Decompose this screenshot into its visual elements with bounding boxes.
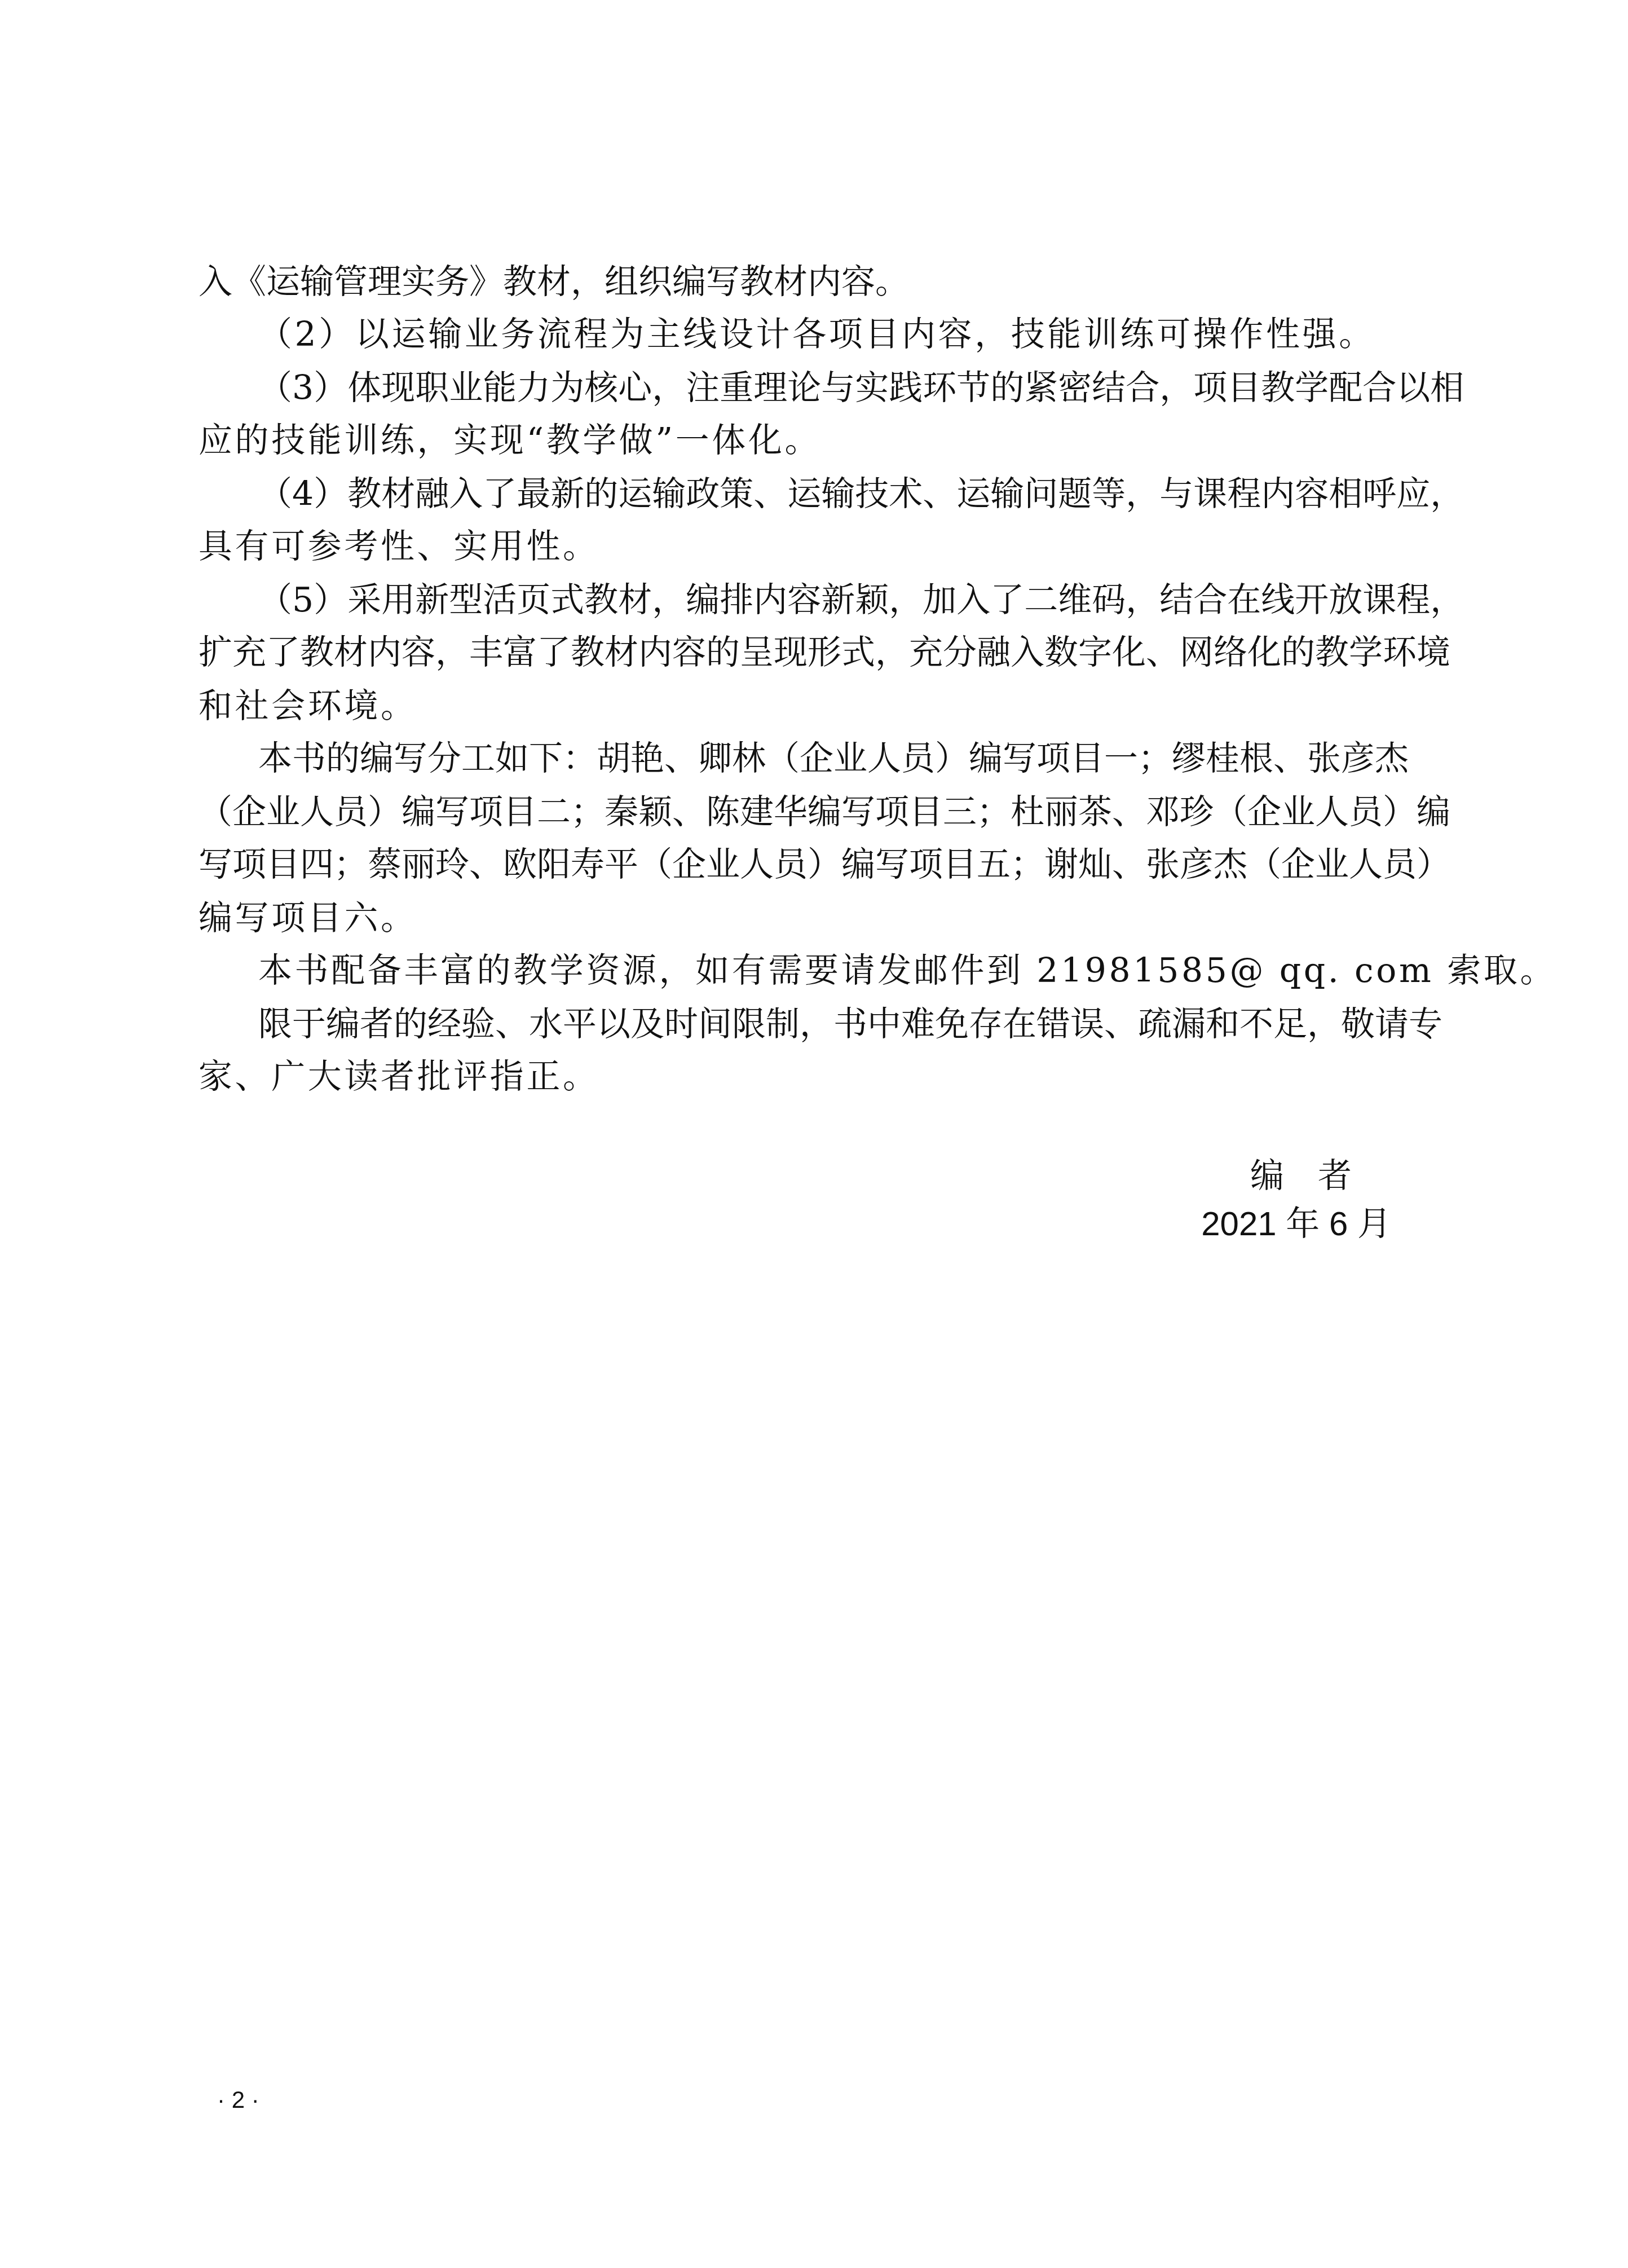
text-line: 本书的编写分工如下：胡艳、卿林（企业人员）编写项目一；缪桂根、张彦杰 — [258, 733, 1391, 784]
text-line: 本书配备丰富的教学资源，如有需要请发邮件到 21981585@ qq. com … — [258, 945, 1391, 996]
text-line: 写项目四；蔡丽玲、欧阳寿平（企业人员）编写项目五；谢灿、张彦杰（企业人员） — [198, 839, 1391, 890]
text-line: 和社会环境。 — [198, 681, 1391, 732]
text-line: （5）采用新型活页式教材，编排内容新颖，加入了二维码，结合在线开放课程， — [258, 575, 1391, 626]
text-line: （2）以运输业务流程为主线设计各项目内容，技能训练可操作性强。 — [258, 309, 1189, 360]
signature-date: 2021 年 6 月 — [1201, 1201, 1391, 1247]
text-line: 具有可参考性、实用性。 — [198, 521, 1391, 572]
text-line: （4）教材融入了最新的运输政策、运输技术、运输问题等，与课程内容相呼应， — [258, 469, 1391, 519]
page-number: · 2 · — [217, 2086, 259, 2114]
text-line: 扩充了教材内容，丰富了教材内容的呈现形式，充分融入数字化、网络化的教学环境 — [198, 627, 1391, 678]
text-line: （3）体现职业能力为核心，注重理论与实践环节的紧密结合，项目教学配合以相 — [258, 363, 1391, 413]
text-line: 限于编者的经验、水平以及时间限制，书中难免存在错误、疏漏和不足，敬请专 — [258, 999, 1391, 1050]
text-line: 编写项目六。 — [198, 893, 1391, 944]
document-page: 入《运输管理实务》教材，组织编写教材内容。 （2）以运输业务流程为主线设计各项目… — [0, 0, 1628, 2268]
author-signature: 编 者 — [1250, 1153, 1352, 1199]
text-line: 应的技能训练，实现“教学做”一体化。 — [198, 415, 1391, 466]
text-line: 入《运输管理实务》教材，组织编写教材内容。 — [198, 257, 774, 307]
text-line: 家、广大读者批评指正。 — [198, 1051, 1391, 1102]
text-line: （企业人员）编写项目二；秦颖、陈建华编写项目三；杜丽茶、邓珍（企业人员）编 — [198, 787, 1391, 838]
